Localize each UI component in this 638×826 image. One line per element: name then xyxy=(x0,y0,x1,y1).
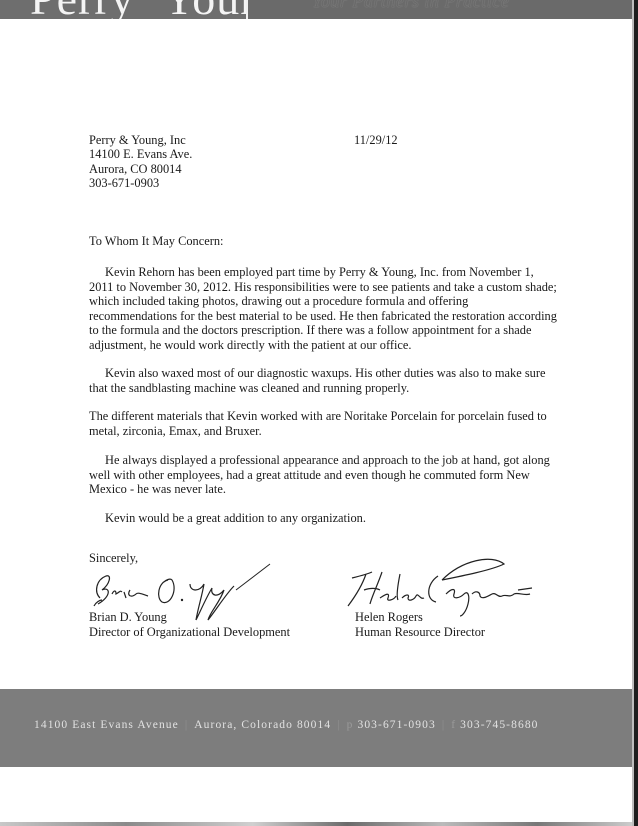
tagline-panel: Your Partners in Practice xyxy=(248,0,632,19)
scan-bottom-edge xyxy=(0,822,632,826)
paragraph-text: He always displayed a professional appea… xyxy=(89,453,550,496)
phone-label: p xyxy=(347,719,354,731)
sender-street: 14100 E. Evans Ave. xyxy=(89,147,192,161)
salutation: To Whom It May Concern: xyxy=(89,234,224,249)
signatory-2: Helen Rogers Human Resource Director xyxy=(355,610,485,640)
paragraph-1: Kevin Rehorn has been employed part time… xyxy=(89,265,559,353)
paragraph-4: He always displayed a professional appea… xyxy=(89,453,559,497)
paragraph-5: Kevin would be a great addition to any o… xyxy=(89,511,559,526)
signatory-title: Director of Organizational Development xyxy=(89,625,290,640)
signatory-title: Human Resource Director xyxy=(355,625,485,640)
signatory-name: Brian D. Young xyxy=(89,610,290,625)
tagline: Your Partners in Practice xyxy=(312,0,509,12)
signatory-name: Helen Rogers xyxy=(355,610,485,625)
letterhead-footer: 14100 East Evans Avenue|Aurora, Colorado… xyxy=(0,689,632,767)
footer-separator: | xyxy=(442,719,445,731)
footer-separator: | xyxy=(185,719,188,731)
brand-name-left: Perry xyxy=(30,0,135,19)
sender-company: Perry & Young, Inc xyxy=(89,133,192,147)
footer-fax: 303-745-8680 xyxy=(460,719,538,731)
paragraph-text: Kevin also waxed most of our diagnostic … xyxy=(89,366,545,395)
signature-helen-rogers xyxy=(342,554,542,618)
paragraph-text: Kevin would be a great addition to any o… xyxy=(105,511,366,525)
footer-contact: 14100 East Evans Avenue|Aurora, Colorado… xyxy=(34,719,539,731)
footer-city: Aurora, Colorado 80014 xyxy=(194,719,331,731)
scan-edge xyxy=(634,0,638,826)
sender-phone: 303-671-0903 xyxy=(89,176,192,190)
footer-address: 14100 East Evans Avenue xyxy=(34,719,179,731)
sender-city: Aurora, CO 80014 xyxy=(89,162,192,176)
paragraph-3: The different materials that Kevin worke… xyxy=(89,409,559,438)
letter-date: 11/29/12 xyxy=(354,133,398,148)
footer-separator: | xyxy=(337,719,340,731)
sender-address: Perry & Young, Inc 14100 E. Evans Ave. A… xyxy=(89,133,192,191)
paragraph-2: Kevin also waxed most of our diagnostic … xyxy=(89,366,559,395)
signatory-1: Brian D. Young Director of Organizationa… xyxy=(89,610,290,640)
fax-label: f xyxy=(451,719,456,731)
paragraph-text: The different materials that Kevin worke… xyxy=(89,409,547,438)
letterhead-bar: PerryYoung Your Partners in Practice xyxy=(0,0,632,19)
paragraph-text: Kevin Rehorn has been employed part time… xyxy=(89,265,557,352)
footer-phone: 303-671-0903 xyxy=(357,719,435,731)
